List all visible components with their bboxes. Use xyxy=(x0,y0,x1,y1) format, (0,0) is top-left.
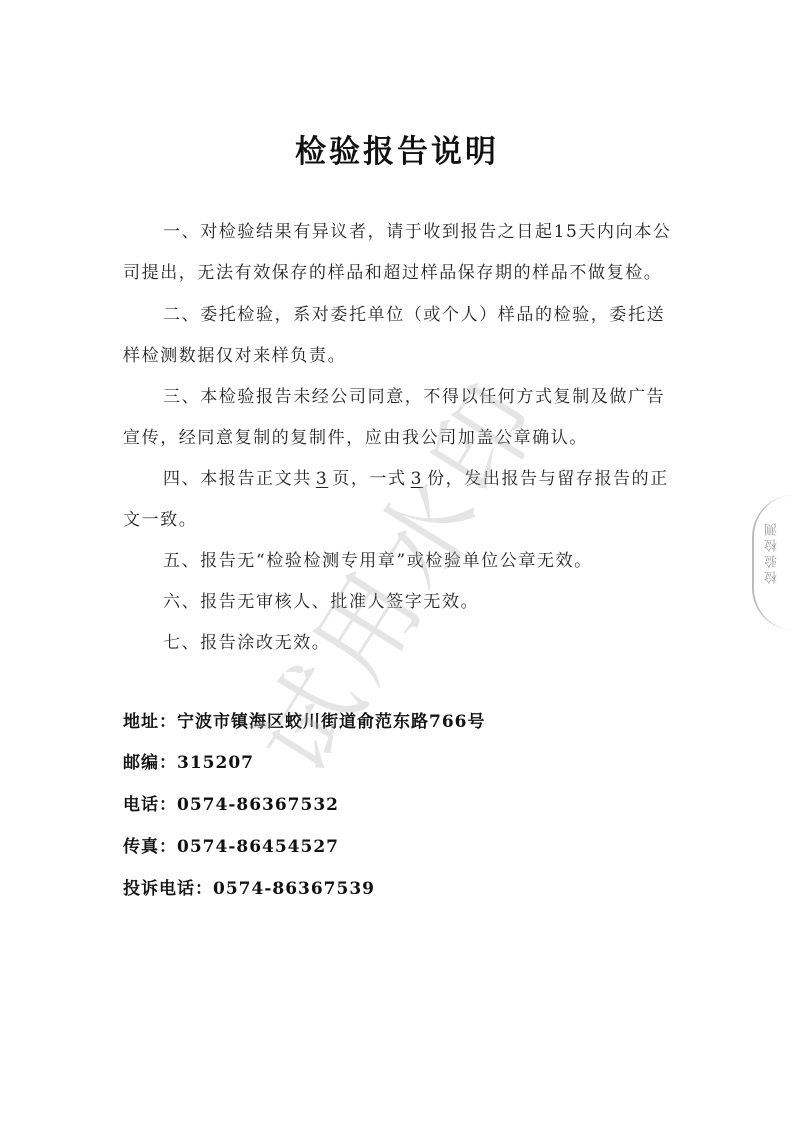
report-page: 检验报告说明 一、对检验结果有异议者，请于收到报告之日起15天内向本公司提出，无… xyxy=(0,0,794,1122)
item-4: 四、本报告正文共3页，一式3份，发出报告与留存报告的正文一致。 xyxy=(123,459,683,541)
contact-postcode: 邮编：315207 xyxy=(123,748,254,773)
page-title: 检验报告说明 xyxy=(0,126,794,171)
item-1: 一、对检验结果有异议者，请于收到报告之日起15天内向本公司提出，无法有效保存的样… xyxy=(123,212,683,294)
item-3: 三、本检验报告未经公司同意，不得以任何方式复制及做广告宣传，经同意复制的复制件，… xyxy=(123,377,683,459)
item-6: 六、报告无审核人、批准人签字无效。 xyxy=(123,582,683,623)
seal-text: 检验检测 xyxy=(763,520,782,584)
contact-fax: 传真：0574-86454527 xyxy=(123,832,339,857)
item-7: 七、报告涂改无效。 xyxy=(123,623,683,664)
item-4-mid: 页，一式 xyxy=(332,469,406,489)
copy-count: 3 xyxy=(407,469,427,489)
contact-address: 地址：宁波市镇海区蛟川街道俞范东路766号 xyxy=(123,707,486,732)
item-2: 二、委托检验，系对委托单位（或个人）样品的检验，委托送样检测数据仅对来样负责。 xyxy=(123,295,683,377)
item-4-prefix: 四、本报告正文共 xyxy=(163,469,312,489)
contact-phone: 电话：0574-86367532 xyxy=(123,790,339,815)
item-5: 五、报告无“检验检测专用章”或检验单位公章无效。 xyxy=(123,541,683,582)
page-count: 3 xyxy=(312,469,332,489)
contact-complaint-phone: 投诉电话：0574-86367539 xyxy=(123,874,375,899)
